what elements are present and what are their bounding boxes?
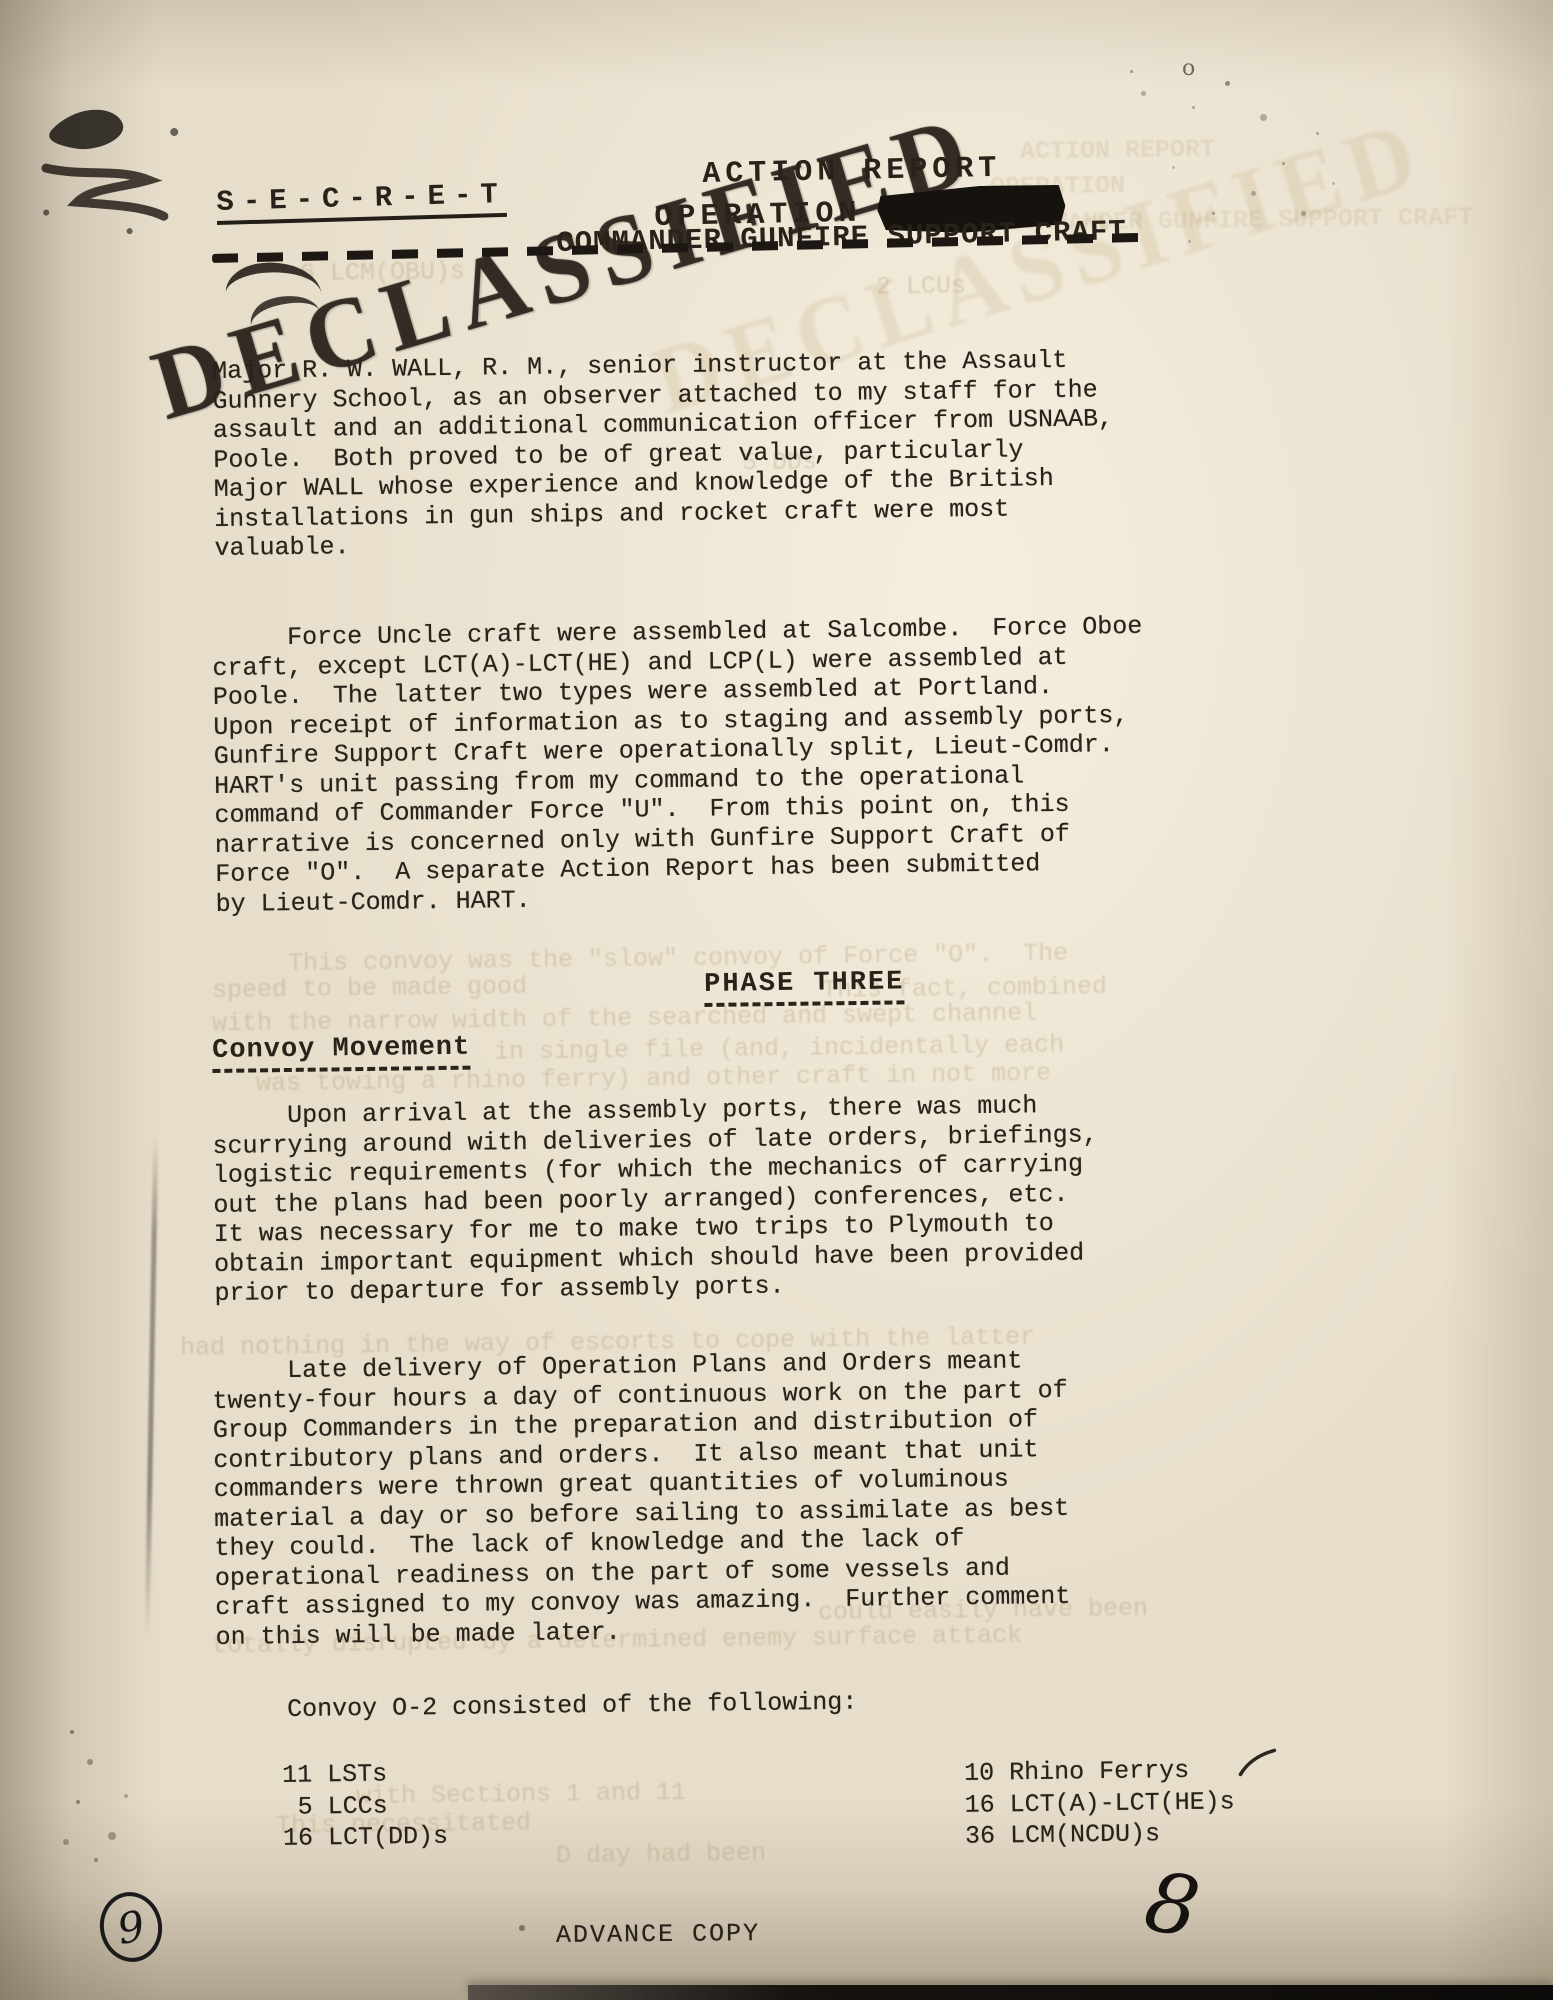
bleed-through-text: D day had been	[556, 1839, 766, 1871]
convoy-list-left: 11LSTs 5LCCs 16LCT(DD)s	[268, 1758, 448, 1855]
convoy-list-right: 10Rhino Ferrys 16LCT(A)-LCT(HE)s 36LCM(N…	[950, 1754, 1235, 1852]
list-item: 16LCT(A)-LCT(HE)s	[950, 1786, 1234, 1821]
craft-qty: 16	[950, 1789, 994, 1821]
paper-speckles	[70, 1730, 74, 1734]
paragraph-late-delivery: Late delivery of Operation Plans and Ord…	[212, 1346, 1071, 1652]
heading-phase-three: PHASE THREE	[704, 967, 905, 1007]
craft-type: LSTs	[327, 1758, 387, 1790]
craft-type: LCCs	[327, 1790, 387, 1822]
bleed-through-text: ACTION REPORT	[1020, 135, 1215, 167]
craft-qty: 5	[268, 1791, 312, 1823]
paragraph-force-assembly: Force Uncle craft were assembled at Salc…	[212, 612, 1146, 919]
handwritten-check-mark	[1234, 1747, 1279, 1779]
paper-speckles	[1130, 70, 1133, 73]
paper-crease	[145, 1135, 159, 1635]
craft-type: Rhino Ferrys	[1009, 1755, 1189, 1789]
craft-type: LCT(DD)s	[328, 1821, 448, 1854]
craft-qty: 11	[268, 1759, 312, 1791]
craft-qty: 16	[269, 1822, 313, 1854]
ink-smudge	[17, 64, 248, 260]
circled-page-number: 9	[94, 1887, 167, 1967]
bleed-through-text: 2 LCUs	[876, 271, 966, 301]
craft-qty: 10	[950, 1757, 994, 1789]
scan-edge-band	[468, 1985, 1553, 2000]
bleed-through-text: 6 LCM(OBU)s	[300, 257, 465, 288]
list-item: 5LCCs	[268, 1789, 447, 1823]
handwritten-page-number: 8	[1138, 1854, 1206, 1957]
list-item: 10Rhino Ferrys	[950, 1754, 1234, 1789]
paragraph-major-wall: Major R. W. WALL, R. M., senior instruct…	[212, 345, 1115, 563]
craft-type: LCT(A)-LCT(HE)s	[1009, 1786, 1234, 1820]
craft-qty: 36	[951, 1820, 995, 1852]
paragraph-assembly-ports: Upon arrival at the assembly ports, ther…	[212, 1090, 1100, 1308]
craft-type: LCM(NCDU)s	[1010, 1818, 1160, 1851]
page-number: 9	[114, 1901, 149, 1954]
bleed-through-text: This convoy was the "slow" convoy of For…	[288, 939, 1068, 978]
pencil-mark: o	[1182, 56, 1195, 81]
advance-copy-label: ADVANCE COPY	[556, 1919, 760, 1950]
document-page: DECLASSIFIED ACTION REPORT OPERATION COM…	[0, 0, 1553, 2000]
convoy-intro-line: Convoy O-2 consisted of the following:	[212, 1688, 857, 1726]
bleed-through-text: speed to be made good	[212, 972, 527, 1005]
classification-secret: S-E-C-R-E-T	[216, 178, 507, 225]
list-item: 11LSTs	[268, 1758, 447, 1792]
list-item: 36LCM(NCDU)s	[951, 1817, 1235, 1852]
list-item: 16LCT(DD)s	[269, 1821, 448, 1855]
heading-convoy-movement: Convoy Movement	[212, 1033, 471, 1073]
